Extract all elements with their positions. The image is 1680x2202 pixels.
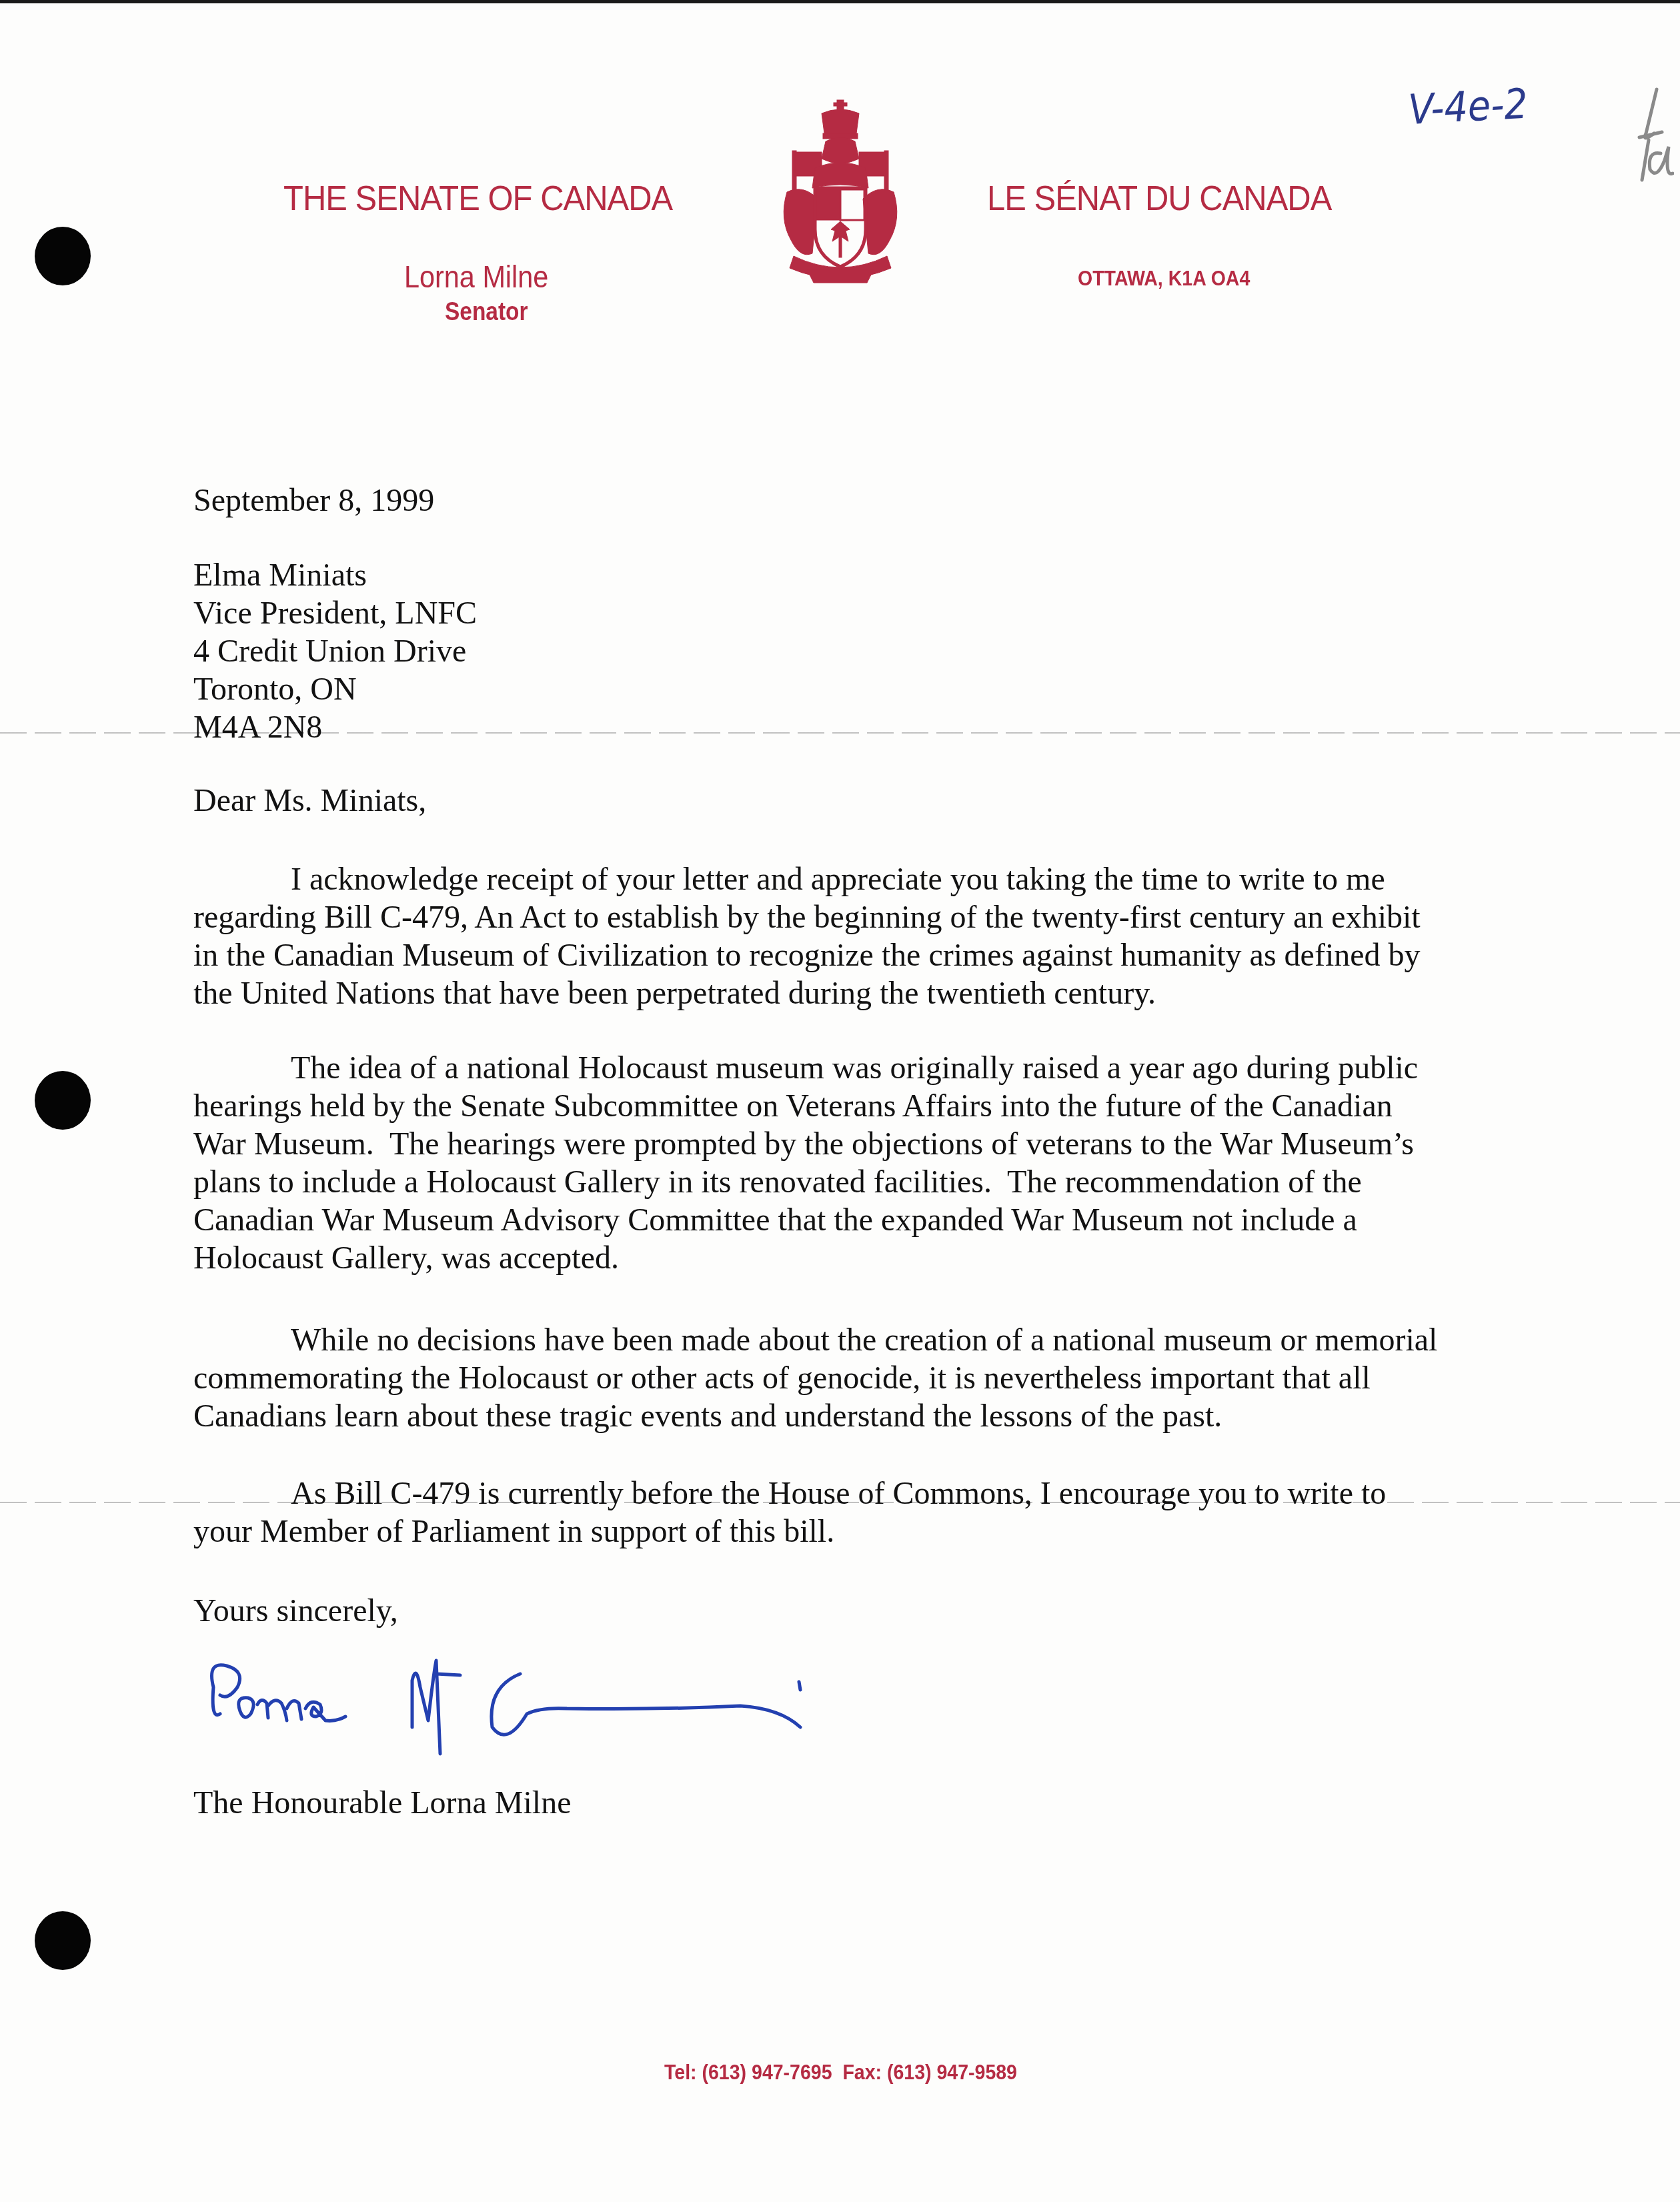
sender-name: Lorna Milne xyxy=(404,259,548,295)
paragraph-line: Holocaust Gallery, was accepted. xyxy=(193,1239,1418,1277)
paragraph-importance: While no decisions have been made about … xyxy=(193,1321,1437,1435)
paragraph-background: The idea of a national Holocaust museum … xyxy=(193,1049,1418,1277)
paragraph-line: your Member of Parliament in support of … xyxy=(193,1512,1386,1550)
recipient-address: Elma Miniats Vice President, LNFC 4 Cred… xyxy=(193,556,477,746)
recipient-street: 4 Credit Union Drive xyxy=(193,632,477,670)
letter-date: September 8, 1999 xyxy=(193,481,434,519)
paragraph-acknowledgement: I acknowledge receipt of your letter and… xyxy=(193,860,1421,1012)
handwritten-signature xyxy=(193,1647,834,1761)
binder-hole xyxy=(35,1071,91,1130)
recipient-city: Toronto, ON xyxy=(193,670,477,708)
organization-name-french: LE SÉNAT DU CANADA xyxy=(987,179,1331,219)
paragraph-line: The idea of a national Holocaust museum … xyxy=(193,1049,1418,1087)
handwritten-file-code: V-4e-2 xyxy=(1407,79,1529,134)
paragraph-line: commemorating the Holocaust or other act… xyxy=(193,1359,1437,1397)
paragraph-line: War Museum. The hearings were prompted b… xyxy=(193,1125,1418,1163)
paragraph-line: in the Canadian Museum of Civilization t… xyxy=(193,936,1421,974)
paragraph-line: regarding Bill C-479, An Act to establis… xyxy=(193,898,1421,936)
salutation: Dear Ms. Miniats, xyxy=(193,782,426,820)
contact-info: Tel: (613) 947-7695 Fax: (613) 947-9589 xyxy=(664,2061,1017,2085)
paragraph-line: Canadians learn about these tragic event… xyxy=(193,1397,1437,1435)
paragraph-line: Canadian War Museum Advisory Committee t… xyxy=(193,1201,1418,1239)
scan-top-edge xyxy=(0,0,1680,3)
signatory-name: The Honourable Lorna Milne xyxy=(193,1784,571,1822)
binder-hole xyxy=(35,227,91,285)
recipient-name: Elma Miniats xyxy=(193,556,477,594)
sender-title: Senator xyxy=(445,298,528,327)
paragraph-line: While no decisions have been made about … xyxy=(193,1321,1437,1359)
closing: Yours sincerely, xyxy=(193,1592,398,1630)
paragraph-line: hearings held by the Senate Subcommittee… xyxy=(193,1087,1418,1125)
recipient-title: Vice President, LNFC xyxy=(193,594,477,632)
paragraph-line: As Bill C-479 is currently before the Ho… xyxy=(193,1474,1386,1512)
pencil-mark xyxy=(1627,87,1674,187)
organization-name-english: THE SENATE OF CANADA xyxy=(283,179,672,219)
binder-hole xyxy=(35,1911,91,1970)
recipient-postal-code: M4A 2N8 xyxy=(193,708,477,746)
sender-address: OTTAWA, K1A OA4 xyxy=(1078,267,1250,291)
paragraph-line: plans to include a Holocaust Gallery in … xyxy=(193,1163,1418,1201)
paragraph-line: the United Nations that have been perpet… xyxy=(193,974,1421,1012)
paragraph-call-to-action: As Bill C-479 is currently before the Ho… xyxy=(193,1474,1386,1550)
paragraph-line: I acknowledge receipt of your letter and… xyxy=(193,860,1421,898)
coat-of-arms-icon xyxy=(774,99,907,285)
